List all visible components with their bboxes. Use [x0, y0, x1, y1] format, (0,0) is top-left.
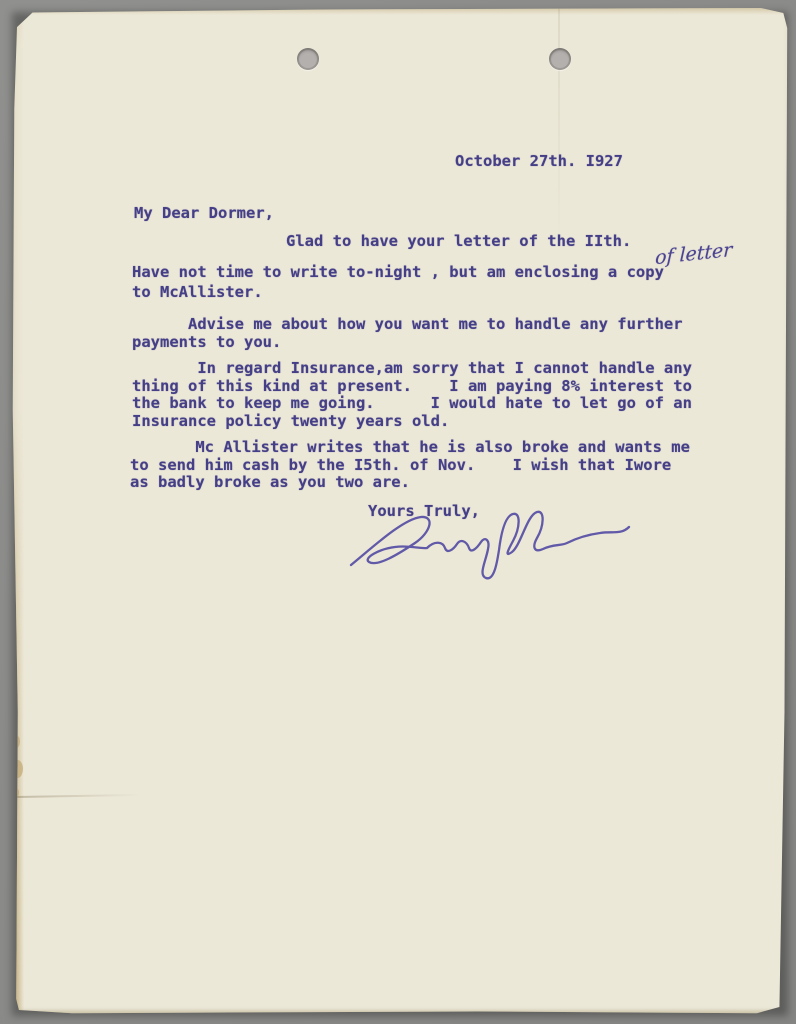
- salutation-text: My Dear Dormer,: [134, 205, 274, 223]
- paragraph-enclosing: Have not time to write to-night , but am…: [132, 262, 664, 302]
- scan-background: October 27th. I927 My Dear Dormer, Glad …: [0, 0, 796, 1024]
- handwritten-annotation: of letter: [655, 239, 733, 269]
- punch-hole-right: [549, 48, 571, 70]
- body-line: to send him cash by the I5th. of Nov. I …: [130, 457, 690, 475]
- salutation: My Dear Dormer,: [134, 205, 274, 223]
- paragraph-advise: Advise me about how you want me to handl…: [132, 315, 683, 351]
- body-line: as badly broke as you two are.: [130, 474, 690, 492]
- body-line: Advise me about how you want me to handl…: [132, 315, 683, 333]
- date-line: October 27th. I927: [455, 153, 623, 171]
- paragraph-glad: Glad to have your letter of the IIth.: [286, 233, 631, 251]
- body-line: Mc Allister writes that he is also broke…: [130, 439, 690, 457]
- paragraph-insurance: In regard Insurance,am sorry that I cann…: [132, 360, 692, 430]
- body-line: to McAllister.: [132, 282, 664, 302]
- body-line: Insurance policy twenty years old.: [132, 413, 692, 431]
- date-text: October 27th. I927: [455, 153, 623, 171]
- body-line: payments to you.: [132, 333, 683, 351]
- handwritten-signature: [345, 505, 635, 585]
- letter-page: October 27th. I927 My Dear Dormer, Glad …: [10, 8, 788, 1014]
- body-line: the bank to keep me going. I would hate …: [132, 395, 692, 413]
- body-line: Have not time to write to-night , but am…: [132, 262, 664, 282]
- body-line: In regard Insurance,am sorry that I cann…: [132, 360, 692, 378]
- punch-hole-left: [297, 48, 319, 70]
- body-line: thing of this kind at present. I am payi…: [132, 378, 692, 396]
- body-line: Glad to have your letter of the IIth.: [286, 233, 631, 251]
- paper-crease: [558, 8, 560, 248]
- paragraph-mcallister: Mc Allister writes that he is also broke…: [130, 439, 690, 492]
- paper-crease: [10, 794, 140, 798]
